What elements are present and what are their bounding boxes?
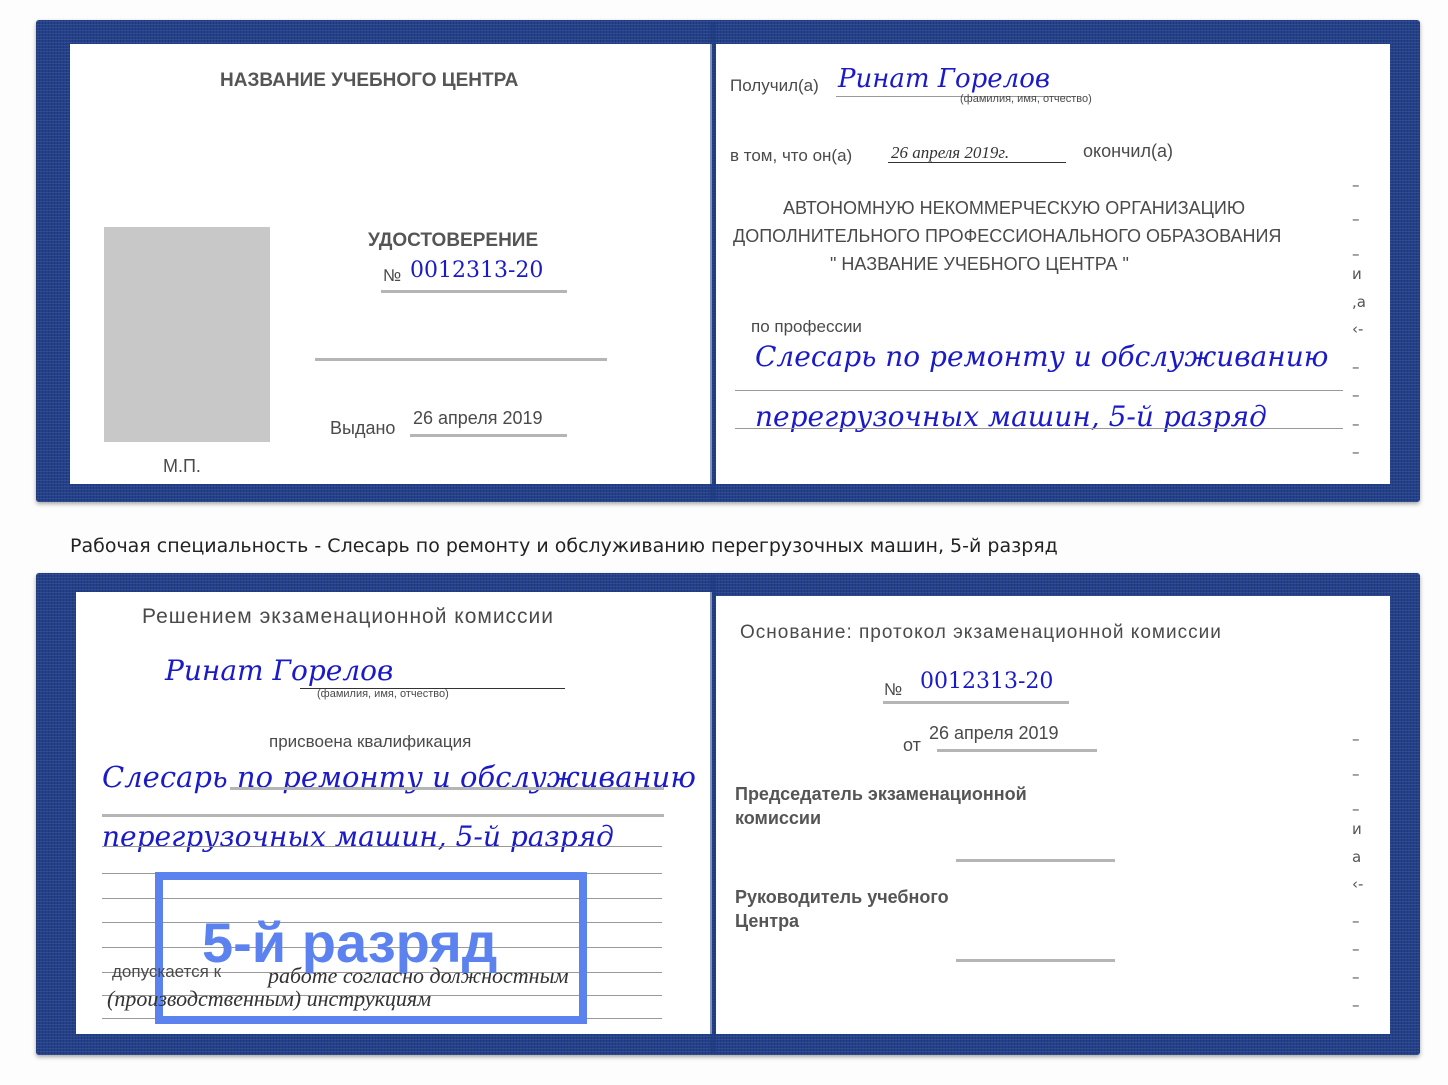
- number-label: №: [383, 266, 401, 286]
- finish-date: 26 апреля 2019г.: [891, 143, 1009, 163]
- center-name-heading: НАЗВАНИЕ УЧЕБНОГО ЦЕНТРА: [220, 70, 518, 92]
- org-line-1: АВТОНОМНУЮ НЕКОММЕРЧЕСКУЮ ОРГАНИЗАЦИЮ: [783, 198, 1245, 219]
- profession-line-1: Слесарь по ремонту и обслуживанию: [755, 340, 1328, 373]
- edge-mark: и: [1352, 820, 1362, 838]
- admitted-label: допускается к: [112, 962, 221, 982]
- head-line-1: Руководитель учебного: [735, 887, 949, 908]
- received-label: Получил(а): [730, 76, 819, 96]
- recipient-name-bottom: Ринат Горелов: [165, 654, 393, 687]
- edge-mark: –: [1352, 386, 1360, 404]
- finished-label: окончил(а): [1083, 141, 1173, 162]
- photo-placeholder: [104, 227, 270, 442]
- that-label: в том, что он(а): [730, 146, 852, 166]
- edge-mark: а: [1352, 848, 1361, 866]
- basis-title: Основание: протокол экзаменационной коми…: [740, 622, 1222, 644]
- org-line-3: " НАЗВАНИЕ УЧЕБНОГО ЦЕНТРА ": [830, 254, 1129, 275]
- certificate-number: 0012313-20: [410, 258, 543, 283]
- chairman-line-2: комиссии: [735, 808, 821, 829]
- protocol-number-underline: [883, 701, 1069, 704]
- edge-mark: –: [1352, 730, 1360, 748]
- finish-date-underline: [888, 162, 1066, 163]
- admitted-line-2: (производственным) инструкциям: [107, 986, 431, 1012]
- edge-mark: –: [1352, 176, 1360, 194]
- edge-mark: и: [1352, 265, 1362, 283]
- from-date: 26 апреля 2019: [929, 723, 1059, 744]
- edge-mark: –: [1352, 245, 1360, 263]
- edge-mark: –: [1352, 912, 1360, 930]
- recipient-name: Ринат Горелов: [838, 64, 1050, 94]
- edge-mark: –: [1352, 765, 1360, 783]
- protocol-number-label: №: [884, 680, 902, 700]
- edge-mark: –: [1352, 968, 1360, 986]
- spine-bottom: [710, 575, 716, 1053]
- edge-mark: –: [1352, 415, 1360, 433]
- edge-mark: –: [1352, 940, 1360, 958]
- qualification-line-2: перегрузочных машин, 5-й разряд: [102, 820, 614, 853]
- edge-mark: ‹-: [1352, 875, 1363, 893]
- issued-date: 26 апреля 2019: [413, 408, 543, 429]
- edge-mark: –: [1352, 210, 1360, 228]
- head-line-2: Центра: [735, 911, 799, 932]
- profession-underline-2: [735, 428, 1343, 429]
- edge-mark: –: [1352, 800, 1360, 818]
- qualification-underline-1: [230, 787, 664, 790]
- from-label: от: [903, 735, 921, 756]
- qualification-underline-2: [102, 814, 664, 817]
- issued-underline: [410, 434, 567, 437]
- head-signature-line: [956, 959, 1115, 962]
- protocol-number: 0012313-20: [920, 669, 1053, 694]
- from-date-underline: [937, 749, 1097, 752]
- chairman-signature-line: [956, 859, 1115, 862]
- edge-mark: ‹-: [1352, 320, 1363, 338]
- chairman-line-1: Председатель экзаменационной: [735, 784, 1027, 805]
- profession-label: по профессии: [751, 317, 862, 337]
- document-title: УДОСТОВЕРЕНИЕ: [368, 230, 538, 252]
- edge-mark: –: [1352, 996, 1360, 1014]
- spine-top: [710, 22, 716, 500]
- edge-mark: –: [1352, 443, 1360, 461]
- profession-underline-1: [735, 390, 1343, 391]
- edge-mark: ,а: [1352, 293, 1366, 311]
- caption-text: Рабочая специальность - Слесарь по ремон…: [70, 532, 1070, 560]
- org-line-2: ДОПОЛНИТЕЛЬНОГО ПРОФЕССИОНАЛЬНОГО ОБРАЗО…: [733, 226, 1281, 247]
- ruled-line: [102, 846, 662, 847]
- recipient-name-hint: (фамилия, имя, отчество): [960, 93, 1092, 105]
- number-underline: [381, 290, 567, 293]
- issued-label: Выдано: [330, 418, 395, 439]
- edge-mark: –: [1352, 358, 1360, 376]
- qualification-label: присвоена квалификация: [269, 732, 471, 752]
- recipient-name-hint-bottom: (фамилия, имя, отчество): [317, 688, 449, 700]
- decision-title: Решением экзаменационной комиссии: [142, 605, 554, 629]
- stamp-place-label: М.П.: [163, 456, 201, 477]
- signature-line: [315, 358, 607, 361]
